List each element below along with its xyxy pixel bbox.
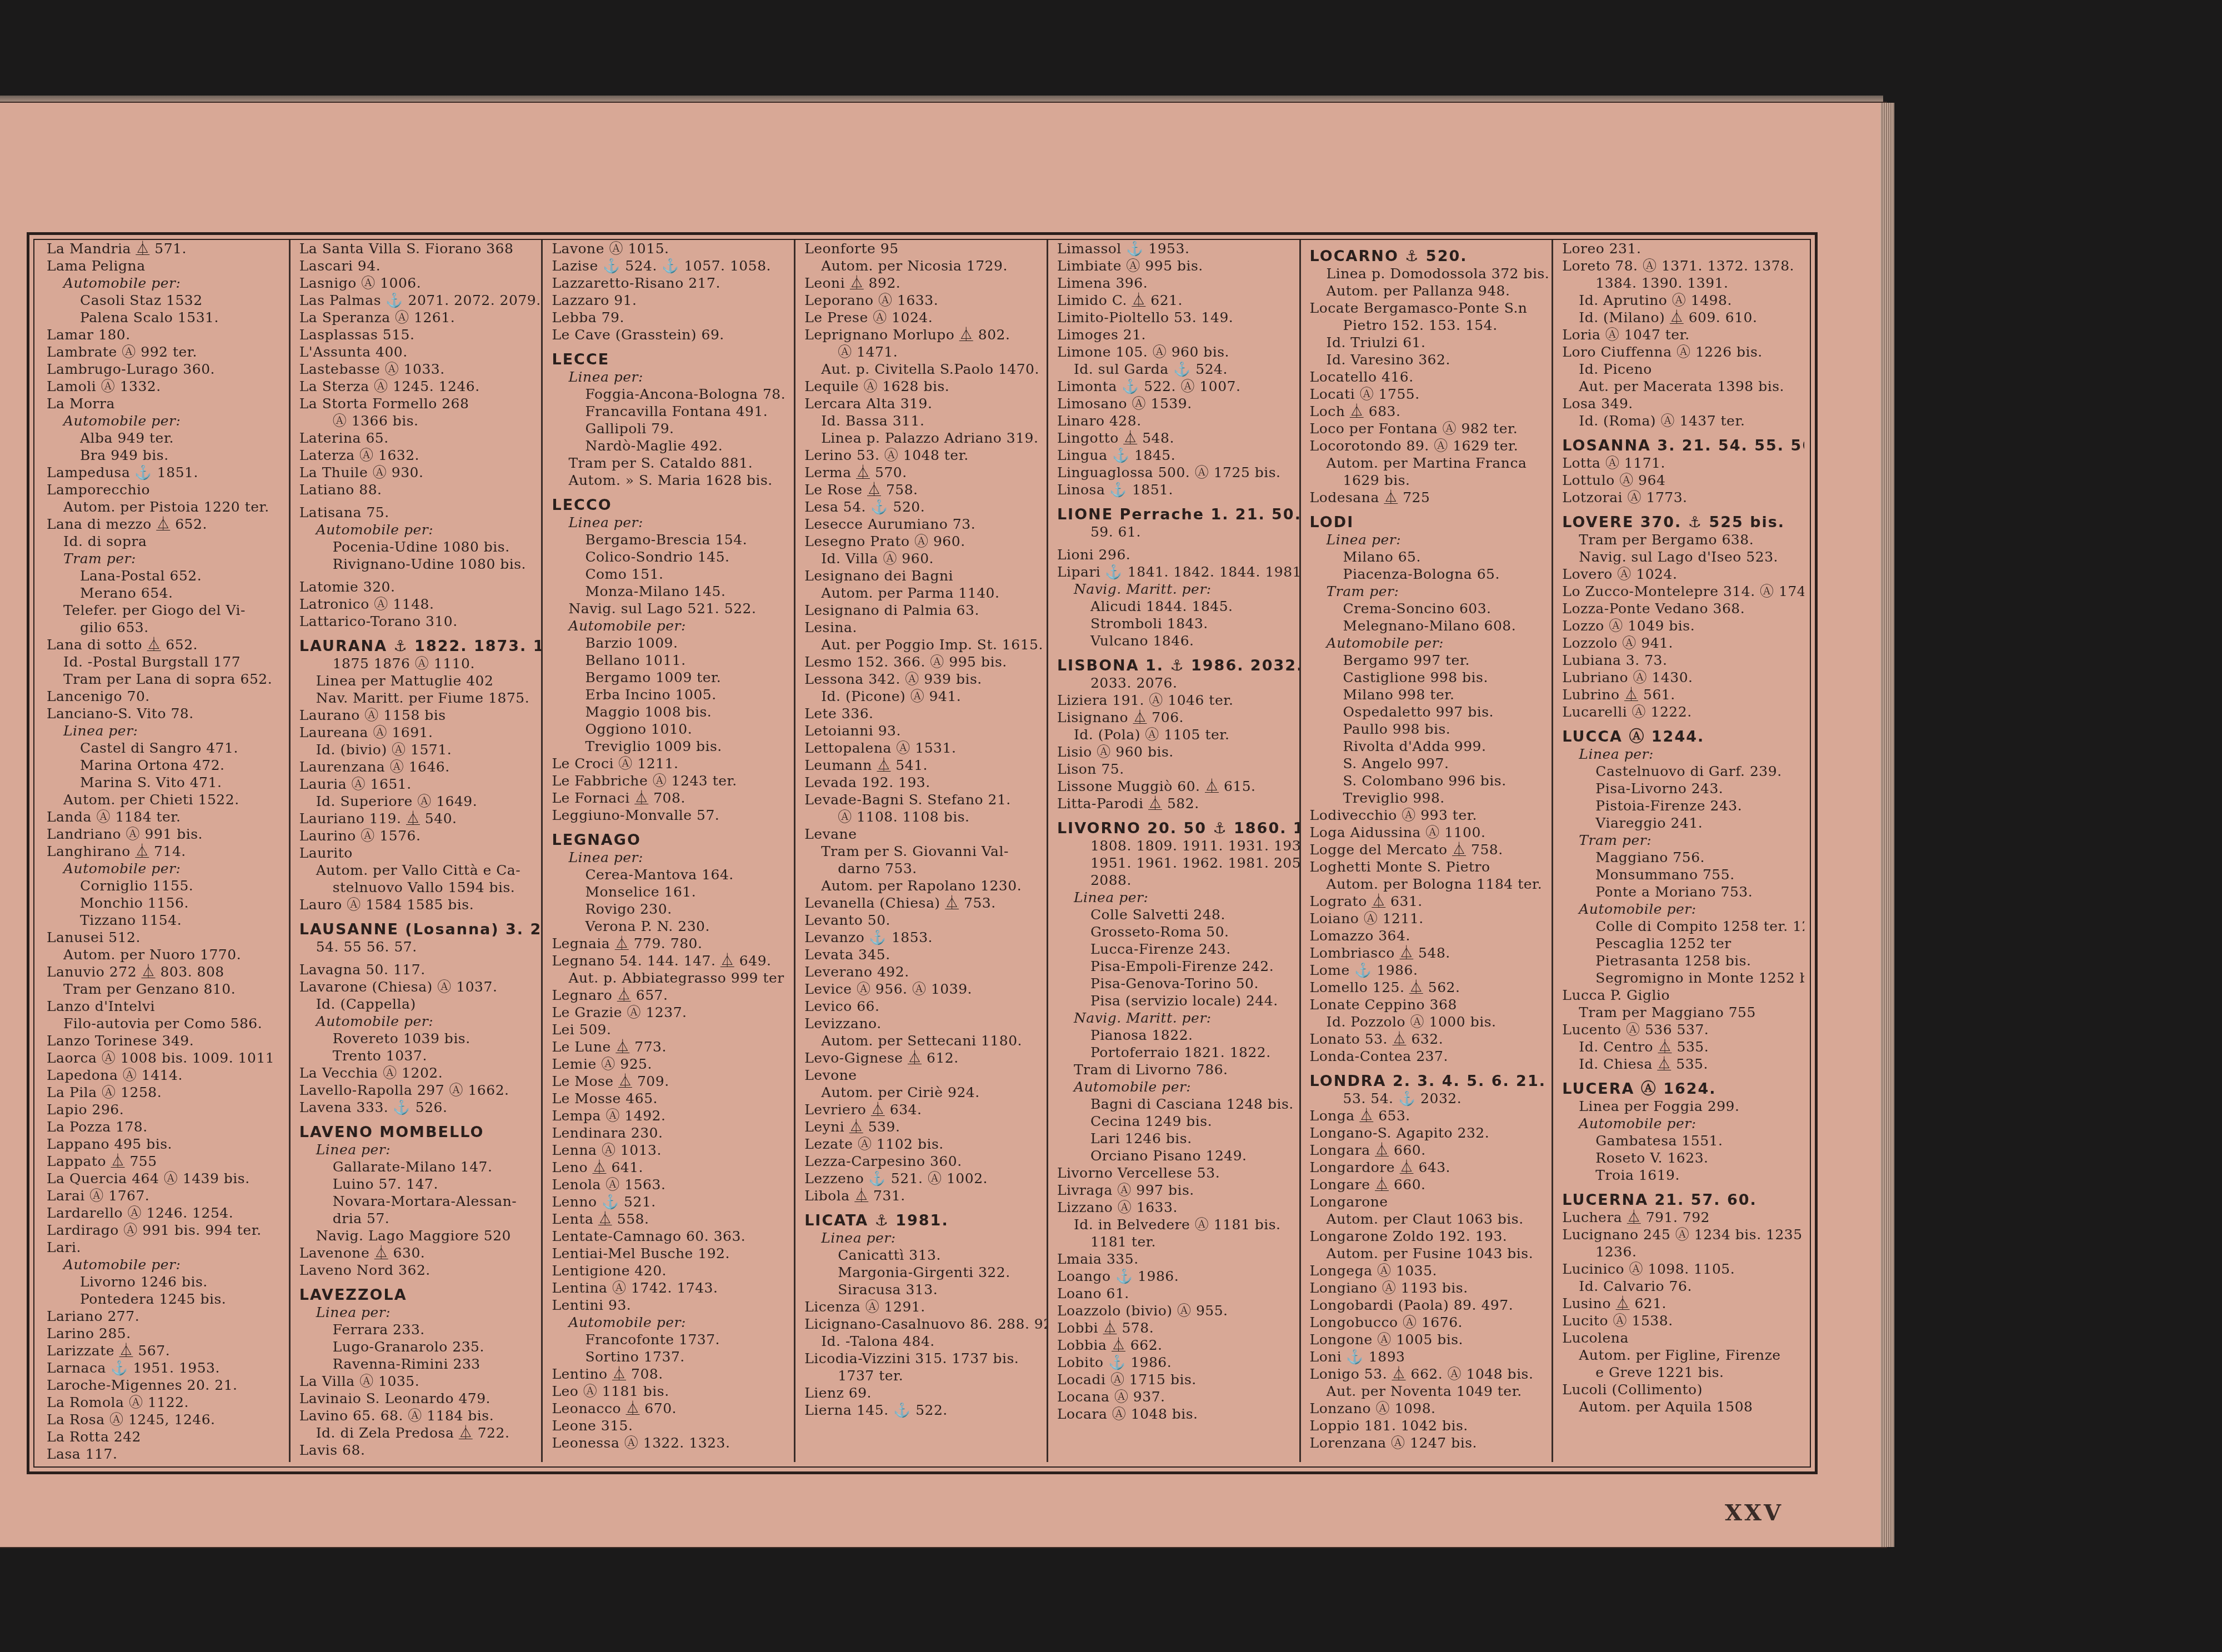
index-entry: Lazzaro 91. <box>552 292 787 309</box>
index-entry: Crema-Soncino 603. <box>1310 600 1545 617</box>
index-entry: Castelnuovo di Garf. 239. <box>1562 763 1798 780</box>
index-entry: Longarone <box>1310 1193 1545 1210</box>
index-entry: Autom. per Figline, Firenze <box>1562 1346 1798 1364</box>
index-entry: Leone 315. <box>552 1417 787 1434</box>
index-entry: Lequile Ⓐ 1628 bis. <box>804 378 1040 395</box>
index-entry: Lavone Ⓐ 1015. <box>552 240 787 257</box>
index-entry: Loni ⚓ 1893 <box>1310 1348 1545 1365</box>
index-column-2: La Santa Villa S. Fiorano 368Lascari 94.… <box>291 240 543 1462</box>
index-entry: Roseto V. 1623. <box>1562 1149 1798 1167</box>
index-entry: Portoferraio 1821. 1822. <box>1057 1044 1293 1061</box>
index-column-5: Limassol ⚓ 1953.Limbiate Ⓐ 995 bis.Limen… <box>1048 240 1301 1462</box>
index-entry: Vulcano 1846. <box>1057 632 1293 649</box>
index-entry: Rivignano-Udine 1080 bis. <box>299 555 535 573</box>
index-entry: Linea per Mattuglie 402 <box>299 672 535 689</box>
index-entry: Lasa 117. <box>47 1445 282 1462</box>
index-entry: Maggiano 756. <box>1562 849 1798 866</box>
index-entry: Longare ⏅ 660. <box>1310 1176 1545 1193</box>
index-entry: Lenola Ⓐ 1563. <box>552 1176 787 1193</box>
index-entry: Lappato ⏅ 755 <box>47 1153 282 1170</box>
index-entry: Lanzo d'Intelvi <box>47 998 282 1015</box>
index-entry: Bergamo 1009 ter. <box>552 669 787 686</box>
index-entry: Livorno Vercellese 53. <box>1057 1164 1293 1182</box>
index-entry: Lampedusa ⚓ 1851. <box>47 464 282 481</box>
index-entry: 1384. 1390. 1391. <box>1562 274 1798 292</box>
index-entry: S. Colombano 996 bis. <box>1310 772 1545 789</box>
index-entry: Marina S. Vito 471. <box>47 774 282 791</box>
index-entry: Lierna 145. ⚓ 522. <box>804 1401 1040 1419</box>
index-entry: Lobbia ⏅ 662. <box>1057 1336 1293 1354</box>
index-heading: LAVEZZOLA <box>299 1286 535 1304</box>
index-entry: Laterza Ⓐ 1632. <box>299 447 535 464</box>
index-entry: Leonforte 95 <box>804 240 1040 257</box>
index-entry: Licignano-Casalnuovo 86. 288. 92 <box>804 1315 1040 1333</box>
index-entry: Tram per Lana di sopra 652. <box>47 670 282 688</box>
index-entry: Lappano 495 bis. <box>47 1135 282 1153</box>
index-entry: 1951. 1961. 1962. 1981. 2053. <box>1057 854 1293 872</box>
index-entry: Limosano Ⓐ 1539. <box>1057 395 1293 412</box>
index-entry: Lemie Ⓐ 925. <box>552 1055 787 1073</box>
index-heading: LECCO <box>552 497 787 514</box>
index-entry: Landriano Ⓐ 991 bis. <box>47 825 282 843</box>
index-entry: Lubriano Ⓐ 1430. <box>1562 669 1798 686</box>
index-entry: Lardirago Ⓐ 991 bis. 994 ter. <box>47 1222 282 1239</box>
index-entry: Lauro Ⓐ 1584 1585 bis. <box>299 896 535 913</box>
index-entry: Treviglio 998. <box>1310 789 1545 807</box>
index-entry: La Rosa Ⓐ 1245, 1246. <box>47 1411 282 1428</box>
index-entry: Pietrasanta 1258 bis. <box>1562 952 1798 969</box>
index-entry: Navig. Lago Maggiore 520 <box>299 1227 535 1244</box>
index-entry: Levanella (Chiesa) ⏅ 753. <box>804 894 1040 912</box>
index-entry: Lotzorai Ⓐ 1773. <box>1562 489 1798 506</box>
index-entry: Lesina. <box>804 619 1040 636</box>
index-entry: Segromigno in Monte 1252 bis. <box>1562 969 1798 987</box>
index-entry: Linea p. Palazzo Adriano 319. <box>804 429 1040 447</box>
index-entry: Id. -Talona 484. <box>804 1333 1040 1350</box>
index-entry: Le Grazie Ⓐ 1237. <box>552 1004 787 1021</box>
index-entry: Licenza Ⓐ 1291. <box>804 1298 1040 1315</box>
index-heading: LISBONA 1. ⚓ 1986. 2032. <box>1057 657 1293 674</box>
index-entry: Automobile per: <box>552 1314 787 1331</box>
index-entry: Linea per: <box>1310 531 1545 548</box>
index-entry: 2033. 2076. <box>1057 674 1293 692</box>
index-heading: LICATA ⚓ 1981. <box>804 1212 1040 1229</box>
index-entry: Lesignano dei Bagni <box>804 567 1040 584</box>
index-entry: Locana Ⓐ 937. <box>1057 1388 1293 1405</box>
index-entry: Lazzaretto-Risano 217. <box>552 274 787 292</box>
index-entry: Autom. per Claut 1063 bis. <box>1310 1210 1545 1228</box>
index-column-7: Loreo 231.Loreto 78. Ⓐ 1371. 1372. 1378.… <box>1553 240 1804 1462</box>
index-entry: Autom. per Fusine 1043 bis. <box>1310 1245 1545 1262</box>
index-entry: Lograto ⏅ 631. <box>1310 893 1545 910</box>
index-heading: LUCCA Ⓐ 1244. <box>1562 728 1798 745</box>
index-entry: Colle di Compito 1258 ter. 1259. <box>1562 918 1798 935</box>
index-entry: 1875 1876 Ⓐ 1110. <box>299 655 535 672</box>
index-entry: Limonta ⚓ 522. Ⓐ 1007. <box>1057 378 1293 395</box>
index-entry: Letoianni 93. <box>804 722 1040 739</box>
index-heading: LUCERA Ⓐ 1624. <box>1562 1080 1798 1098</box>
index-heading: LUCERNA 21. 57. 60. <box>1562 1192 1798 1209</box>
index-entry: Automobile per: <box>1562 1115 1798 1132</box>
index-entry: Levo-Gignese ⏅ 612. <box>804 1049 1040 1067</box>
index-entry: L'Assunta 400. <box>299 343 535 361</box>
index-entry: Loano 61. <box>1057 1285 1293 1302</box>
index-entry: Lanciano-S. Vito 78. <box>47 705 282 722</box>
index-entry: Lattarico-Torano 310. <box>299 613 535 630</box>
index-entry: Tram di Livorno 786. <box>1057 1061 1293 1078</box>
index-entry: Id. sul Garda ⚓ 524. <box>1057 361 1293 378</box>
index-entry: Lentiai-Mel Busche 192. <box>552 1245 787 1262</box>
index-entry: Lasnigo Ⓐ 1006. <box>299 274 535 292</box>
index-entry: Limone 105. Ⓐ 960 bis. <box>1057 343 1293 361</box>
index-entry: Lodesana ⏅ 725 <box>1310 489 1545 506</box>
index-entry: Monza-Milano 145. <box>552 583 787 600</box>
index-columns: La Mandria ⏅ 571.Lama PelignaAutomobile … <box>38 240 1804 1462</box>
index-entry: Alicudi 1844. 1845. <box>1057 598 1293 615</box>
index-entry: Ferrara 233. <box>299 1321 535 1338</box>
index-entry: Treviglio 1009 bis. <box>552 738 787 755</box>
index-entry: Leoni ⏅ 892. <box>804 274 1040 292</box>
index-entry: Autom. per Vallo Città e Ca- <box>299 862 535 879</box>
index-entry: 53. 54. ⚓ 2032. <box>1310 1090 1545 1107</box>
index-entry: Tram per: <box>1562 832 1798 849</box>
index-entry: Lauriano 119. ⏅ 540. <box>299 810 535 827</box>
index-entry: Lomazzo 364. <box>1310 927 1545 944</box>
index-entry: 59. 61. <box>1057 523 1293 540</box>
index-entry: Loghetti Monte S. Pietro <box>1310 858 1545 875</box>
index-entry: Novara-Mortara-Alessan- <box>299 1193 535 1210</box>
index-entry: Levriero ⏅ 634. <box>804 1101 1040 1118</box>
index-entry: Autom. per Nicosia 1729. <box>804 257 1040 274</box>
index-entry: Automobile per: <box>1562 900 1798 918</box>
index-entry: Tram per Bergamo 638. <box>1562 531 1798 548</box>
index-entry: Leverano 492. <box>804 963 1040 980</box>
index-entry: Le Lune ⏅ 773. <box>552 1038 787 1055</box>
index-entry: stelnuovo Vallo 1594 bis. <box>299 879 535 896</box>
index-entry: Merano 654. <box>47 584 282 602</box>
index-entry: Lottulo Ⓐ 964 <box>1562 472 1798 489</box>
index-entry: Pianosa 1822. <box>1057 1027 1293 1044</box>
index-entry: Monsummano 755. <box>1562 866 1798 883</box>
index-entry: Automobile per: <box>47 274 282 292</box>
index-entry: Ⓐ 1471. <box>804 343 1040 361</box>
index-entry: Lobito ⚓ 1986. <box>1057 1354 1293 1371</box>
index-entry: Luchera ⏅ 791. 792 <box>1562 1209 1798 1226</box>
index-entry: Pisa-Empoli-Firenze 242. <box>1057 958 1293 975</box>
index-entry: Longobardi (Paola) 89. 497. <box>1310 1296 1545 1314</box>
index-heading: LIONE Perrache 1. 21. 50. 53. <box>1057 506 1293 523</box>
index-entry: Lamar 180. <box>47 326 282 343</box>
index-entry: Aut. per Noventa 1049 ter. <box>1310 1383 1545 1400</box>
index-entry: Loch ⏅ 683. <box>1310 403 1545 420</box>
index-entry: Lesmo 152. 366. Ⓐ 995 bis. <box>804 653 1040 670</box>
index-entry: Monselice 161. <box>552 883 787 900</box>
index-entry: Londa-Contea 237. <box>1310 1048 1545 1065</box>
index-entry: Linaro 428. <box>1057 412 1293 429</box>
index-entry: Lienz 69. <box>804 1384 1040 1401</box>
index-entry: Sortino 1737. <box>552 1348 787 1365</box>
index-entry: Id. (Picone) Ⓐ 941. <box>804 688 1040 705</box>
index-entry: Lapio 296. <box>47 1101 282 1118</box>
index-entry: Linea per: <box>1562 745 1798 763</box>
index-entry: Aut. per Macerata 1398 bis. <box>1562 378 1798 395</box>
index-entry: Las Palmas ⚓ 2071. 2072. 2079. <box>299 292 535 309</box>
index-entry: Milano 65. <box>1310 548 1545 565</box>
index-entry: Leyni ⏅ 539. <box>804 1118 1040 1135</box>
index-entry: Laurito <box>299 844 535 862</box>
index-entry: Ⓐ 1108. 1108 bis. <box>804 808 1040 825</box>
index-entry: Lozzolo Ⓐ 941. <box>1562 634 1798 652</box>
index-entry: Le Rose ⏅ 758. <box>804 481 1040 498</box>
index-entry: 1236. <box>1562 1243 1798 1260</box>
index-entry: Rovigo 230. <box>552 900 787 918</box>
index-entry: darno 753. <box>804 860 1040 877</box>
index-entry: Bellano 1011. <box>552 652 787 669</box>
index-entry: Lonato 53. ⏅ 632. <box>1310 1030 1545 1048</box>
index-entry: Locadi Ⓐ 1715 bis. <box>1057 1371 1293 1388</box>
index-entry: Lenno ⚓ 521. <box>552 1193 787 1210</box>
index-entry: La Quercia 464 Ⓐ 1439 bis. <box>47 1170 282 1187</box>
index-entry: Lentigione 420. <box>552 1262 787 1279</box>
index-entry: Colle Salvetti 248. <box>1057 906 1293 923</box>
index-entry: Barzio 1009. <box>552 634 787 652</box>
index-entry: Lubrino ⏅ 561. <box>1562 686 1798 703</box>
index-entry: Autom. » S. Maria 1628 bis. <box>552 472 787 489</box>
index-entry: Verona P. N. 230. <box>552 918 787 935</box>
index-entry: Lazise ⚓ 524. ⚓ 1057. 1058. <box>552 257 787 274</box>
index-entry: La Romola Ⓐ 1122. <box>47 1394 282 1411</box>
index-entry: Id. Calvario 76. <box>1562 1278 1798 1295</box>
index-entry: Lavello-Rapolla 297 Ⓐ 1662. <box>299 1082 535 1099</box>
index-entry: Lezzeno ⚓ 521. Ⓐ 1002. <box>804 1170 1040 1187</box>
index-entry: gilio 653. <box>47 619 282 636</box>
index-entry: Lanusei 512. <box>47 929 282 946</box>
index-entry: Lapedona Ⓐ 1414. <box>47 1067 282 1084</box>
index-entry: Id. Superiore Ⓐ 1649. <box>299 793 535 810</box>
index-entry: Lavis 68. <box>299 1441 535 1459</box>
index-entry: Lisignano ⏅ 706. <box>1057 709 1293 726</box>
index-entry: Lucca-Firenze 243. <box>1057 940 1293 958</box>
index-heading: LOVERE 370. ⚓ 525 bis. <box>1562 514 1798 531</box>
index-entry: Lonate Ceppino 368 <box>1310 996 1545 1013</box>
index-entry: Legnaro ⏅ 657. <box>552 987 787 1004</box>
index-entry: Loga Aidussina Ⓐ 1100. <box>1310 824 1545 841</box>
index-entry: Leporano Ⓐ 1633. <box>804 292 1040 309</box>
index-entry: Tizzano 1154. <box>47 912 282 929</box>
index-entry: Loazzolo (bivio) Ⓐ 955. <box>1057 1302 1293 1319</box>
index-entry: Colico-Sondrio 145. <box>552 548 787 565</box>
index-entry: Lastebasse Ⓐ 1033. <box>299 361 535 378</box>
index-entry: Lusino ⏅ 621. <box>1562 1295 1798 1312</box>
index-entry: Lambrugo-Lurago 360. <box>47 361 282 378</box>
index-entry: Linea p. Domodossola 372 bis. <box>1310 265 1545 282</box>
index-heading: LAUSANNE (Losanna) 3. 21. <box>299 921 535 938</box>
index-entry: Lentate-Camnago 60. 363. <box>552 1228 787 1245</box>
index-entry: Pontedera 1245 bis. <box>47 1290 282 1308</box>
index-entry: Lariano 277. <box>47 1308 282 1325</box>
index-entry: Laroche-Migennes 20. 21. <box>47 1376 282 1394</box>
index-entry: Legnaia ⏅ 779. 780. <box>552 935 787 952</box>
index-entry: Longobucco Ⓐ 1676. <box>1310 1314 1545 1331</box>
index-entry: Lenta ⏅ 558. <box>552 1210 787 1228</box>
index-entry: La Mandria ⏅ 571. <box>47 240 282 257</box>
index-entry: Linea per Foggia 299. <box>1562 1098 1798 1115</box>
index-entry: Lesignano di Palmia 63. <box>804 602 1040 619</box>
page-number: XXV <box>1725 1500 1783 1526</box>
index-entry: Langhirano ⏅ 714. <box>47 843 282 860</box>
index-entry: Linguaglossa 500. Ⓐ 1725 bis. <box>1057 464 1293 481</box>
index-entry: Telefer. per Giogo del Vi- <box>47 602 282 619</box>
index-entry: Loreto 78. Ⓐ 1371. 1372. 1378. <box>1562 257 1798 274</box>
index-entry: Lomello 125. ⏅ 562. <box>1310 979 1545 996</box>
index-entry: Cecina 1249 bis. <box>1057 1113 1293 1130</box>
index-entry: Aut. p. Abbiategrasso 999 ter <box>552 969 787 987</box>
index-entry: Leonacco ⏅ 670. <box>552 1400 787 1417</box>
index-entry: Navig. sul Lago d'Iseo 523. <box>1562 548 1798 565</box>
index-entry: Id. Centro ⏅ 535. <box>1562 1038 1798 1055</box>
index-entry: Licodia-Vizzini 315. 1737 bis. <box>804 1350 1040 1367</box>
index-entry: Levanto 50. <box>804 912 1040 929</box>
index-entry: Lascari 94. <box>299 257 535 274</box>
index-entry: Lana-Postal 652. <box>47 567 282 584</box>
index-entry: Lana di sotto ⏅ 652. <box>47 636 282 653</box>
index-entry: Lauria Ⓐ 1651. <box>299 775 535 793</box>
index-entry: Lessona 342. Ⓐ 939 bis. <box>804 670 1040 688</box>
index-entry: Automobile per: <box>552 617 787 634</box>
index-column-6: LOCARNO ⚓ 520.Linea p. Domodossola 372 b… <box>1301 240 1554 1462</box>
index-entry: Lentino ⏅ 708. <box>552 1365 787 1383</box>
index-entry: Gambatesa 1551. <box>1562 1132 1798 1149</box>
index-entry: Lioni 296. <box>1057 546 1293 563</box>
index-entry: Lari. <box>47 1239 282 1256</box>
index-entry: Longone Ⓐ 1005 bis. <box>1310 1331 1545 1348</box>
index-entry: Liziera 191. Ⓐ 1046 ter. <box>1057 692 1293 709</box>
index-entry: Longara ⏅ 660. <box>1310 1142 1545 1159</box>
index-entry: Locorotondo 89. Ⓐ 1629 ter. <box>1310 437 1545 454</box>
index-entry: Luino 57. 147. <box>299 1175 535 1193</box>
index-entry: Stromboli 1843. <box>1057 615 1293 632</box>
index-entry: Levice Ⓐ 956. Ⓐ 1039. <box>804 980 1040 998</box>
index-entry: La Vecchia Ⓐ 1202. <box>299 1064 535 1082</box>
index-entry: Lavinaio S. Leonardo 479. <box>299 1390 535 1407</box>
index-entry: e Greve 1221 bis. <box>1562 1364 1798 1381</box>
index-entry: Logge del Mercato ⏅ 758. <box>1310 841 1545 858</box>
index-entry: Latomie 320. <box>299 578 535 595</box>
index-entry: La Santa Villa S. Fiorano 368 <box>299 240 535 257</box>
index-entry: Milano 998 ter. <box>1310 686 1545 703</box>
index-entry: Tram per: <box>1310 583 1545 600</box>
index-entry: Laurano Ⓐ 1158 bis <box>299 707 535 724</box>
index-entry: Longarone Zoldo 192. 193. <box>1310 1228 1545 1245</box>
index-entry: Levata 345. <box>804 946 1040 963</box>
index-entry: Autom. per Aquila 1508 <box>1562 1398 1798 1415</box>
index-entry: Leo Ⓐ 1181 bis. <box>552 1383 787 1400</box>
index-entry: Leggiuno-Monvalle 57. <box>552 807 787 824</box>
index-entry: Lome ⚓ 1986. <box>1310 962 1545 979</box>
index-heading: LEGNAGO <box>552 832 787 849</box>
index-entry: Lezza-Carpesino 360. <box>804 1153 1040 1170</box>
index-entry: 2088. <box>1057 872 1293 889</box>
index-entry: Limido C. ⏅ 621. <box>1057 292 1293 309</box>
index-entry: Gallipoli 79. <box>552 420 787 437</box>
index-entry: Latiano 88. <box>299 481 535 498</box>
index-entry: Lanzo Torinese 349. <box>47 1032 282 1049</box>
index-entry: Id. di Zela Predosa ⏅ 722. <box>299 1424 535 1441</box>
index-entry: Linea per: <box>1057 889 1293 906</box>
index-entry: Lesa 54. ⚓ 520. <box>804 498 1040 515</box>
index-entry: Lingotto ⏅ 548. <box>1057 429 1293 447</box>
index-entry: Larnaca ⚓ 1951. 1953. <box>47 1359 282 1376</box>
index-entry: Bergamo-Brescia 154. <box>552 531 787 548</box>
index-entry: Le Mose ⏅ 709. <box>552 1073 787 1090</box>
index-heading: LECCE <box>552 351 787 368</box>
index-entry: Id. Pozzolo Ⓐ 1000 bis. <box>1310 1013 1545 1030</box>
index-entry: Foggia-Ancona-Bologna 78. <box>552 386 787 403</box>
index-entry: Losa 349. <box>1562 395 1798 412</box>
index-entry: Lodivecchio Ⓐ 993 ter. <box>1310 807 1545 824</box>
index-entry: Automobile per: <box>299 1013 535 1030</box>
index-entry: Id. Piceno <box>1562 361 1798 378</box>
index-entry: Lizzano Ⓐ 1633. <box>1057 1199 1293 1216</box>
index-entry: Autom. per Nuoro 1770. <box>47 946 282 963</box>
index-entry: La Sterza Ⓐ 1245. 1246. <box>299 378 535 395</box>
index-entry: Lissone Muggiò 60. ⏅ 615. <box>1057 778 1293 795</box>
index-entry: Bergamo 997 ter. <box>1310 652 1545 669</box>
index-entry: Pisa-Genova-Torino 50. <box>1057 975 1293 992</box>
index-entry: Paullo 998 bis. <box>1310 720 1545 738</box>
index-entry: Automobile per: <box>299 521 535 538</box>
index-entry: Oggiono 1010. <box>552 720 787 738</box>
index-entry: Longega Ⓐ 1035. <box>1310 1262 1545 1279</box>
index-heading: LODI <box>1310 514 1545 531</box>
index-entry: Linea per: <box>552 849 787 866</box>
index-entry: Viareggio 241. <box>1562 814 1798 832</box>
index-entry: Le Cave (Grasstein) 69. <box>552 326 787 343</box>
index-entry: Lercara Alta 319. <box>804 395 1040 412</box>
index-entry: Navig. sul Lago 521. 522. <box>552 600 787 617</box>
index-entry: Lmaia 335. <box>1057 1250 1293 1268</box>
index-entry: Siracusa 313. <box>804 1281 1040 1298</box>
index-entry: Erba Incino 1005. <box>552 686 787 703</box>
index-entry: Lavino 65. 68. Ⓐ 1184 bis. <box>299 1407 535 1424</box>
index-entry: Lardarello Ⓐ 1246. 1254. <box>47 1204 282 1222</box>
index-entry: Lentina Ⓐ 1742. 1743. <box>552 1279 787 1296</box>
index-entry: Id. (bivio) Ⓐ 1571. <box>299 741 535 758</box>
index-entry: Lerma ⏅ 570. <box>804 464 1040 481</box>
index-entry: dria 57. <box>299 1210 535 1227</box>
index-entry: Lugo-Granarolo 235. <box>299 1338 535 1355</box>
index-entry: Autom. per Rapolano 1230. <box>804 877 1040 894</box>
index-entry: Linea per: <box>552 514 787 531</box>
index-entry: 54. 55 56. 57. <box>299 938 535 955</box>
index-entry: Lonigo 53. ⏅ 662. Ⓐ 1048 bis. <box>1310 1365 1545 1383</box>
index-entry: 1737 ter. <box>804 1367 1040 1384</box>
index-entry: Id. (Milano) ⏅ 609. 610. <box>1562 309 1798 326</box>
index-entry: Linea per: <box>299 1141 535 1158</box>
index-entry: Rivolta d'Adda 999. <box>1310 738 1545 755</box>
index-entry: Lipari ⚓ 1841. 1842. 1844. 1981. <box>1057 563 1293 580</box>
index-entry: Lari 1246 bis. <box>1057 1130 1293 1147</box>
index-entry: Troia 1619. <box>1562 1167 1798 1184</box>
index-entry: Lovero Ⓐ 1024. <box>1562 565 1798 583</box>
index-entry: Limbiate Ⓐ 995 bis. <box>1057 257 1293 274</box>
index-entry: Nardò-Maglie 492. <box>552 437 787 454</box>
index-entry: Navig. Maritt. per: <box>1057 580 1293 598</box>
index-entry: Larino 285. <box>47 1325 282 1342</box>
index-entry: Tram per: <box>47 550 282 567</box>
index-entry: Linea per: <box>47 722 282 739</box>
index-entry: Lancenigo 70. <box>47 688 282 705</box>
